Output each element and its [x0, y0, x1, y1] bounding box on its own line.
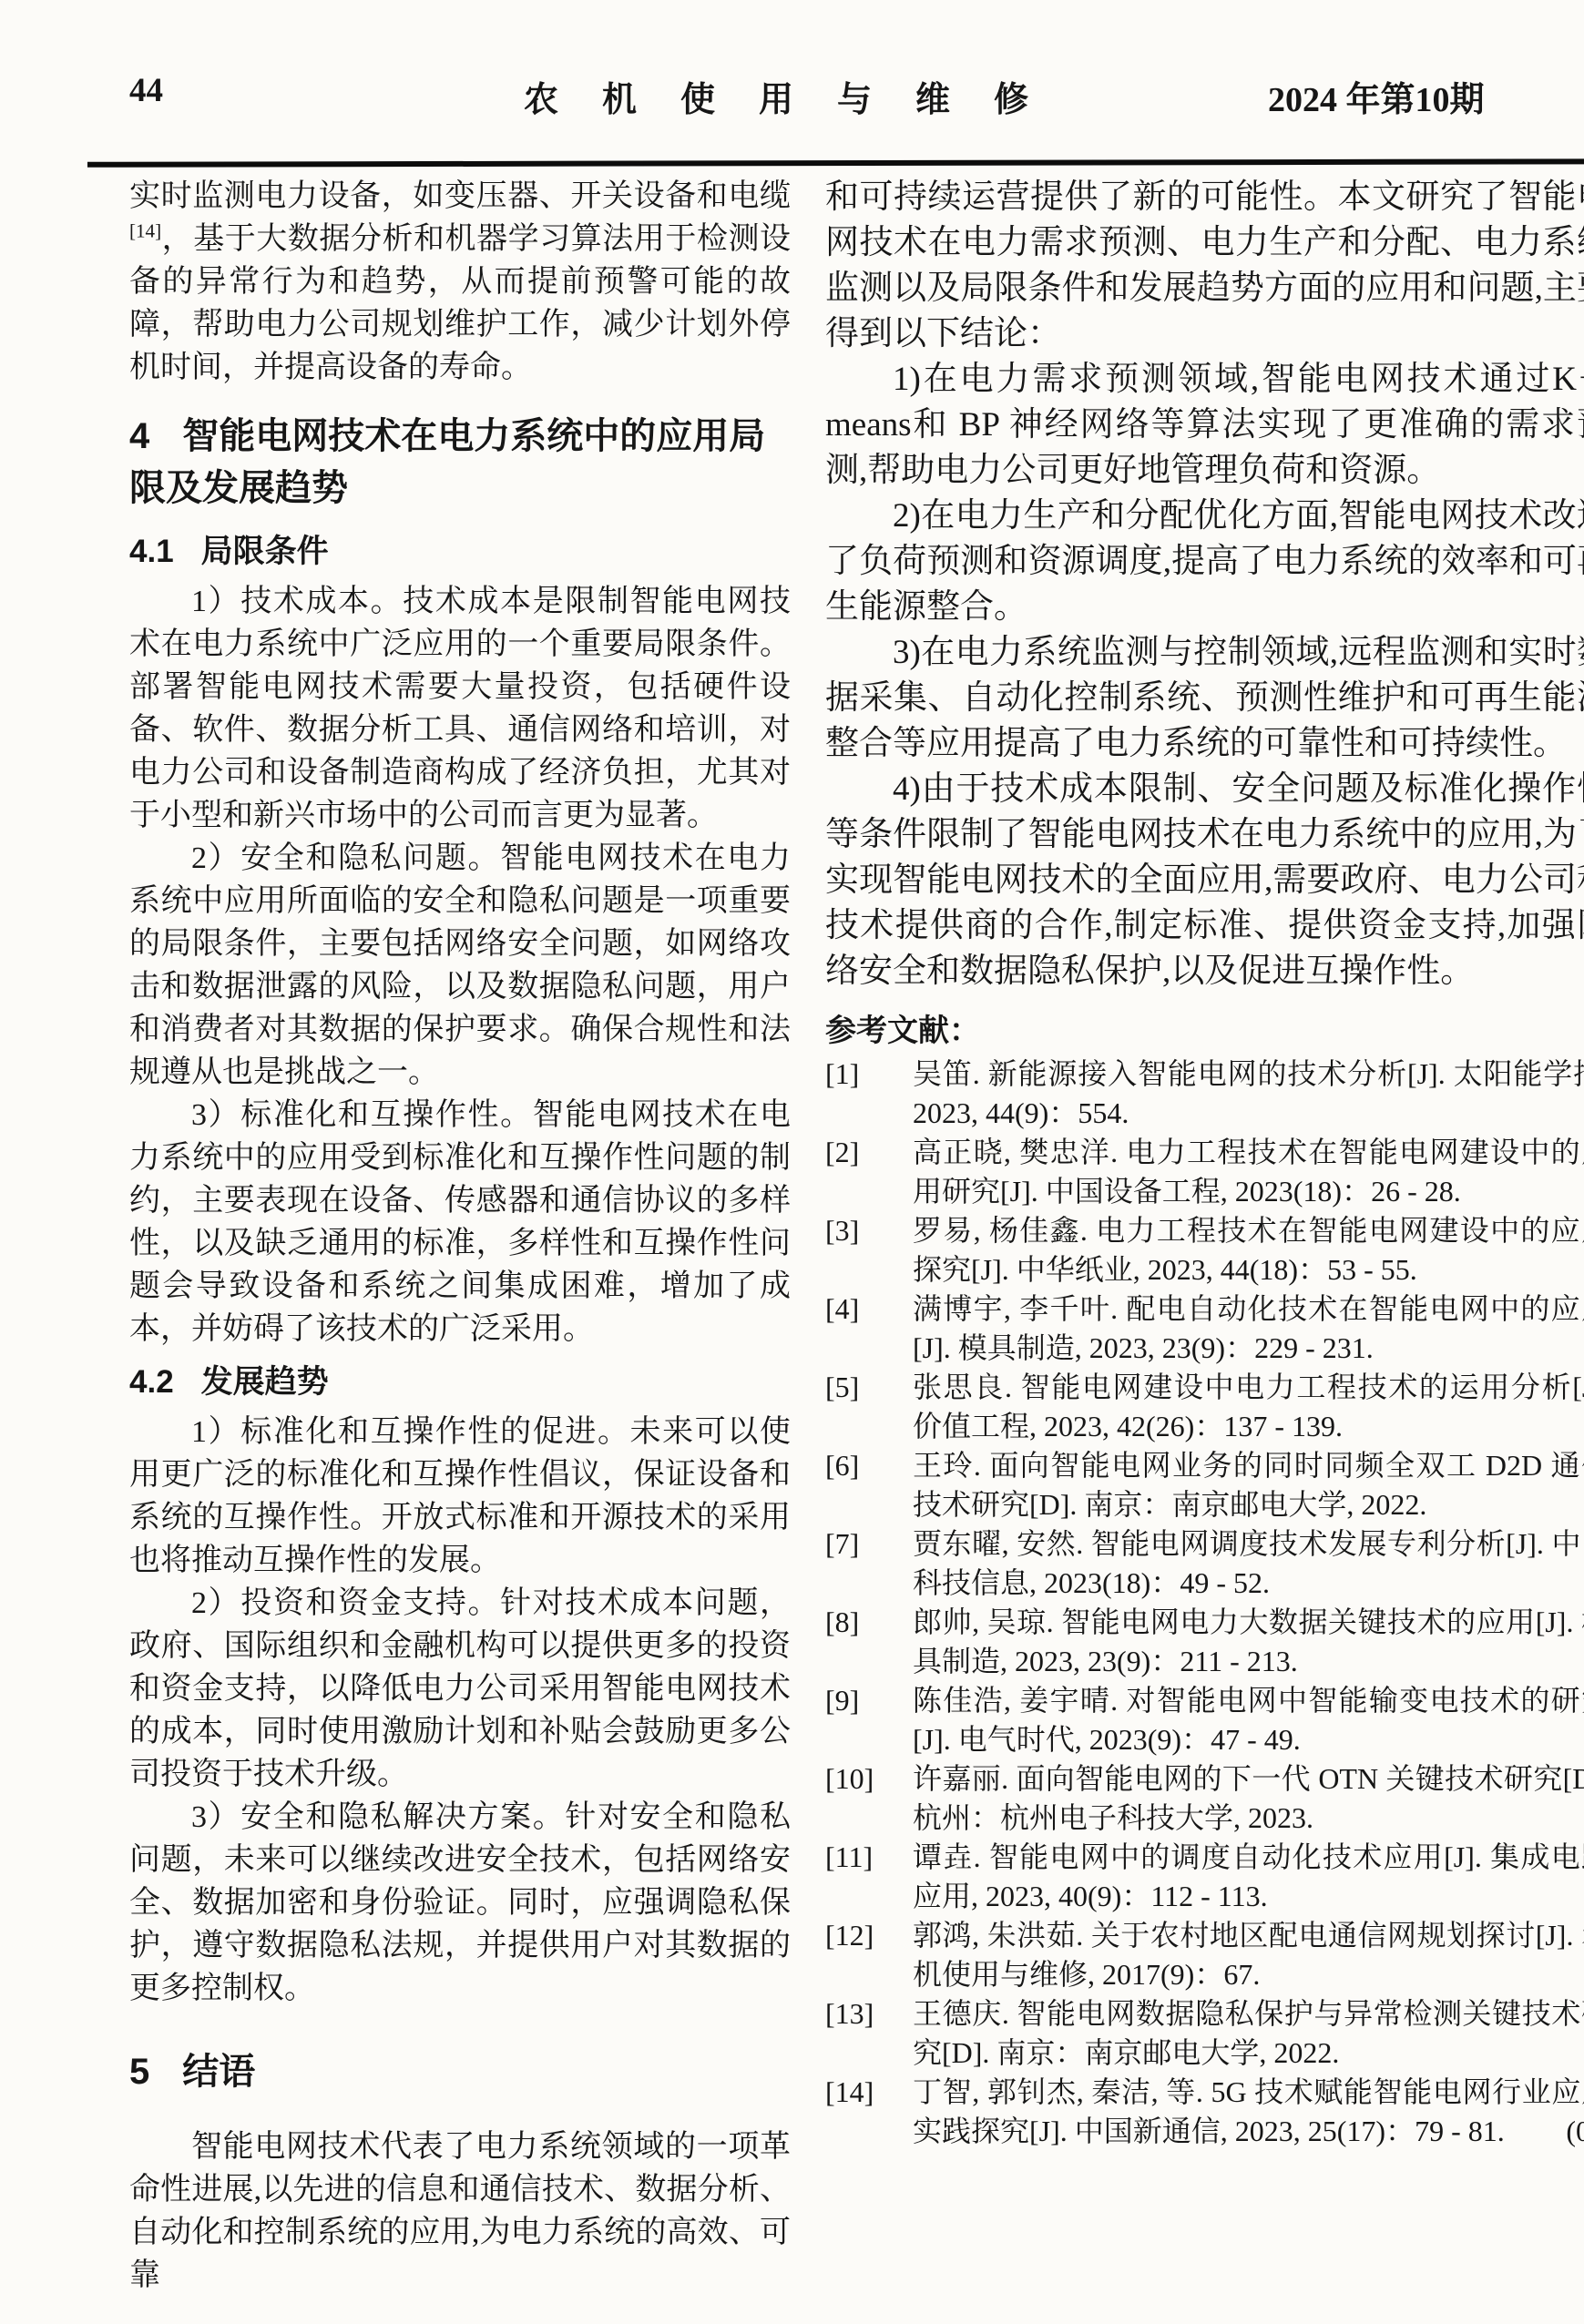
intro-paragraph: 实时监测电力设备，如变压器、开关设备和电缆[14]，基于大数据分析和机器学习算法…	[129, 175, 791, 389]
reference-item-6: [6]王玲. 面向智能电网业务的同时同频全双工 D2D 通信技术研究[D]. 南…	[825, 1446, 1584, 1524]
reference-item-5: [5]张思良. 智能电网建设中电力工程技术的运用分析[J]. 价值工程, 202…	[825, 1368, 1584, 1446]
header-rule	[87, 158, 1584, 168]
reference-label: [5]	[825, 1368, 913, 1446]
reference-item-11: [11]谭垚. 智能电网中的调度自动化技术应用[J]. 集成电路应用, 2023…	[825, 1838, 1584, 1916]
page-header: 44 农机使用与维修 2024 年第10期	[0, 71, 1584, 126]
section-4-title: 智能电网技术在电力系统中的应用局限及发展趋势	[129, 416, 765, 508]
continuation-paragraph: 和可持续运营提供了新的可能性。本文研究了智能电网技术在电力需求预测、电力生产和分…	[825, 175, 1584, 357]
section-5-heading: 5结语	[129, 2046, 791, 2098]
reference-item-2: [2]高正晓, 樊忠洋. 电力工程技术在智能电网建设中的应用研究[J]. 中国设…	[825, 1133, 1584, 1211]
reference-text: 郭鸿, 朱洪茹. 关于农村地区配电通信网规划探讨[J]. 农机使用与维修, 20…	[913, 1916, 1584, 1994]
limitation-item-1: 1）技术成本。技术成本是限制智能电网技术在电力系统中广泛应用的一个重要局限条件。…	[129, 580, 791, 837]
section-4-1-heading: 4.1局限条件	[129, 529, 791, 575]
limitation-item-3: 3）标准化和互操作性。智能电网技术在电力系统中的应用受到标准化和互操作性问题的制…	[129, 1094, 791, 1351]
reference-item-3: [3]罗易, 杨佳鑫. 电力工程技术在智能电网建设中的应用探究[J]. 中华纸业…	[825, 1211, 1584, 1289]
reference-item-9: [9]陈佳浩, 姜宇晴. 对智能电网中智能输变电技术的研究[J]. 电气时代, …	[825, 1681, 1584, 1759]
section-4-heading: 4智能电网技术在电力系统中的应用局限及发展趋势	[129, 411, 791, 515]
reference-text: 高正晓, 樊忠洋. 电力工程技术在智能电网建设中的应用研究[J]. 中国设备工程…	[913, 1133, 1584, 1211]
reference-text: 满博宇, 李千叶. 配电自动化技术在智能电网中的应用[J]. 模具制造, 202…	[913, 1289, 1584, 1368]
reference-text: 许嘉丽. 面向智能电网的下一代 OTN 关键技术研究[D]. 杭州：杭州电子科技…	[913, 1759, 1584, 1838]
trend-item-2: 2）投资和资金支持。针对技术成本问题，政府、国际组织和金融机构可以提供更多的投资…	[129, 1582, 791, 1796]
reference-label: [8]	[825, 1603, 913, 1681]
scanned-paper-page: 44 农机使用与维修 2024 年第10期 实时监测电力设备，如变压器、开关设备…	[0, 0, 1584, 2324]
intro-text-pre: 实时监测电力设备，如变压器、开关设备和电缆	[129, 179, 791, 213]
section-5-number: 5	[129, 2052, 149, 2092]
reference-item-13: [13]王德庆. 智能电网数据隐私保护与异常检测关键技术研究[D]. 南京：南京…	[825, 1994, 1584, 2073]
reference-item-4: [4]满博宇, 李千叶. 配电自动化技术在智能电网中的应用[J]. 模具制造, …	[825, 1289, 1584, 1368]
reference-label: [2]	[825, 1133, 913, 1211]
reference-item-12: [12]郭鸿, 朱洪茹. 关于农村地区配电通信网规划探讨[J]. 农机使用与维修…	[825, 1916, 1584, 1994]
reference-label: [9]	[825, 1681, 913, 1759]
reference-text: 贾东曜, 安然. 智能电网调度技术发展专利分析[J]. 中国科技信息, 2023…	[913, 1524, 1584, 1603]
reference-text: 张思良. 智能电网建设中电力工程技术的运用分析[J]. 价值工程, 2023, …	[913, 1368, 1584, 1446]
conclusion-item-1: 1)在电力需求预测领域,智能电网技术通过K－means和 BP 神经网络等算法实…	[825, 357, 1584, 494]
reference-label: [14]	[825, 2073, 913, 2151]
reference-text: 罗易, 杨佳鑫. 电力工程技术在智能电网建设中的应用探究[J]. 中华纸业, 2…	[913, 1211, 1584, 1289]
reference-label: [6]	[825, 1446, 913, 1524]
conclusion-item-4: 4)由于技术成本限制、安全问题及标准化操作性等条件限制了智能电网技术在电力系统中…	[825, 767, 1584, 994]
section-4-1-title: 局限条件	[201, 534, 329, 569]
reference-label: [10]	[825, 1759, 913, 1838]
reference-label: [12]	[825, 1916, 913, 1994]
section-4-number: 4	[129, 416, 149, 456]
reference-text: 王德庆. 智能电网数据隐私保护与异常检测关键技术研究[D]. 南京：南京邮电大学…	[913, 1994, 1584, 2073]
reference-label: [7]	[825, 1524, 913, 1603]
reference-item-14: [14]丁智, 郭钊杰, 秦洁, 等. 5G 技术赋能智能电网行业应用实践探究[…	[825, 2073, 1584, 2151]
reference-text: 谭垚. 智能电网中的调度自动化技术应用[J]. 集成电路应用, 2023, 40…	[913, 1838, 1584, 1916]
reference-text: 郎帅, 吴琼. 智能电网电力大数据关键技术的应用[J]. 模具制造, 2023,…	[913, 1603, 1584, 1681]
page-number: 44	[129, 71, 163, 110]
limitation-item-2: 2）安全和隐私问题。智能电网技术在电力系统中应用所面临的安全和隐私问题是一项重要…	[129, 837, 791, 1094]
reference-label: [13]	[825, 1994, 913, 2073]
conclusion-item-2: 2)在电力生产和分配优化方面,智能电网技术改进了负荷预测和资源调度,提高了电力系…	[825, 494, 1584, 630]
citation-superscript: [14]	[129, 220, 161, 242]
conclusion-item-3: 3)在电力系统监测与控制领域,远程监测和实时数据采集、自动化控制系统、预测性维护…	[825, 630, 1584, 767]
reference-item-10: [10]许嘉丽. 面向智能电网的下一代 OTN 关键技术研究[D]. 杭州：杭州…	[825, 1759, 1584, 1838]
reference-text: 吴笛. 新能源接入智能电网的技术分析[J]. 太阳能学报, 2023, 44(9…	[913, 1055, 1584, 1133]
reference-text: 丁智, 郭钊杰, 秦洁, 等. 5G 技术赋能智能电网行业应用实践探究[J]. …	[913, 2073, 1584, 2151]
issue-label: 2024 年第10期	[1268, 71, 1485, 121]
references-heading: 参考文献：	[825, 1007, 1584, 1055]
continuation-mark: (04	[1566, 2112, 1584, 2151]
reference-label: [4]	[825, 1289, 913, 1368]
reference-item-1: [1]吴笛. 新能源接入智能电网的技术分析[J]. 太阳能学报, 2023, 4…	[825, 1055, 1584, 1133]
trend-item-1: 1）标准化和互操作性的促进。未来可以使用更广泛的标准化和互操作性倡议，保证设备和…	[129, 1411, 791, 1582]
section-4-2-title: 发展趋势	[201, 1364, 329, 1400]
reference-item-8: [8]郎帅, 吴琼. 智能电网电力大数据关键技术的应用[J]. 模具制造, 20…	[825, 1603, 1584, 1681]
reference-text: 王玲. 面向智能电网业务的同时同频全双工 D2D 通信技术研究[D]. 南京：南…	[913, 1446, 1584, 1524]
reference-item-7: [7]贾东曜, 安然. 智能电网调度技术发展专利分析[J]. 中国科技信息, 2…	[825, 1524, 1584, 1603]
reference-label: [1]	[825, 1055, 913, 1133]
section-4-2-number: 4.2	[129, 1364, 174, 1400]
right-column: 和可持续运营提供了新的可能性。本文研究了智能电网技术在电力需求预测、电力生产和分…	[825, 175, 1584, 2151]
section-4-2-heading: 4.2发展趋势	[129, 1360, 791, 1405]
section-4-1-number: 4.1	[129, 534, 174, 569]
journal-title: 农机使用与维修	[524, 71, 1072, 121]
left-column: 实时监测电力设备，如变压器、开关设备和电缆[14]，基于大数据分析和机器学习算法…	[129, 175, 791, 2297]
reference-label: [11]	[825, 1838, 913, 1916]
trend-item-3: 3）安全和隐私解决方案。针对安全和隐私问题，未来可以继续改进安全技术，包括网络安…	[129, 1796, 791, 2010]
conclusion-paragraph: 智能电网技术代表了电力系统领域的一项革命性进展,以先进的信息和通信技术、数据分析…	[129, 2125, 791, 2297]
reference-text: 陈佳浩, 姜宇晴. 对智能电网中智能输变电技术的研究[J]. 电气时代, 202…	[913, 1681, 1584, 1759]
reference-label: [3]	[825, 1211, 913, 1289]
intro-text-post: ，基于大数据分析和机器学习算法用于检测设备的异常行为和趋势，从而提前预警可能的故…	[129, 222, 791, 384]
section-5-title: 结语	[182, 2052, 255, 2092]
